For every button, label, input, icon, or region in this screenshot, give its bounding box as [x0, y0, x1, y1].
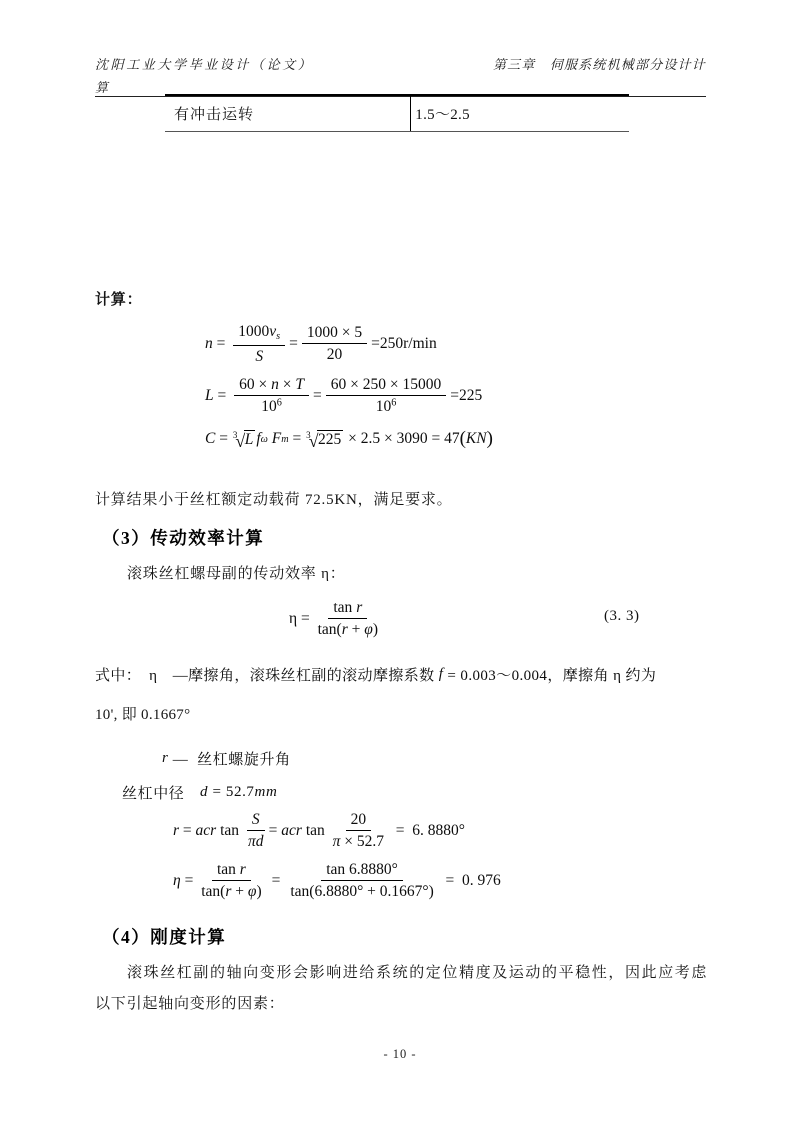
page-number: - 10 -: [0, 1047, 800, 1062]
stiffness-paragraph-line1: 滚珠丝杠副的轴向变形会影响进给系统的定位精度及运动的平稳性，因此应考虑: [127, 961, 708, 982]
header-right: 第三章 伺服系统机械部分设计计: [493, 54, 706, 73]
cube-root: 3√225: [306, 430, 343, 449]
formula-lead-angle: r = acr tan S πd = acr tan 20 π × 52.7 =…: [173, 810, 465, 852]
fraction: 20 π × 52.7: [333, 810, 384, 852]
fraction-denominator: tan(r + φ): [318, 619, 378, 639]
formula-result: = 0. 976: [438, 872, 501, 890]
fraction-numerator: tan r: [328, 598, 367, 619]
formula-lead: r = acr tan: [173, 822, 243, 840]
fraction: 60 × 250 × 15000 106: [326, 375, 446, 417]
equation-number: (3. 3): [604, 608, 640, 625]
table-cell-condition: 有冲击运转: [165, 96, 410, 131]
equals-sign: =: [313, 387, 322, 405]
fraction-denominator: 106: [376, 396, 397, 416]
fraction-numerator: tan r: [212, 860, 251, 881]
formula-lead: C =: [205, 430, 232, 448]
fraction-numerator: 60 × n × T: [234, 375, 309, 396]
header-wrap-char: 算: [95, 77, 111, 96]
lead-angle-definition: r — 丝杠螺旋升角: [162, 748, 291, 769]
radical-icon: √: [235, 432, 245, 450]
section-3-heading: （3）传动效率计算: [102, 525, 264, 550]
equals-sign: =: [272, 872, 281, 890]
formula-life: L = 60 × n × T 106 = 60 × 250 × 15000 10…: [205, 375, 482, 417]
formula-mid: = acr tan: [269, 822, 329, 840]
fraction: 1000 × 5 20: [302, 323, 367, 365]
stiffness-paragraph-line2: 以下引起轴向变形的因素：: [95, 992, 285, 1013]
screw-diameter-line: 丝杠中径 d = 52.7mm: [122, 782, 277, 803]
fraction-denominator: 106: [261, 396, 282, 416]
formula-explanation-line2: 10', 即 0.1667°: [95, 703, 190, 724]
fraction-numerator: 60 × 250 × 15000: [326, 375, 446, 396]
fraction: tan r tan(r + φ): [201, 860, 261, 902]
formula-result: =225: [450, 387, 482, 405]
fraction-denominator: π × 52.7: [333, 831, 384, 851]
formula-efficiency-value: η = tan r tan(r + φ) = tan 6.8880° tan(6…: [173, 860, 501, 902]
fraction-numerator: tan 6.8880°: [321, 860, 403, 881]
fraction: tan r tan(r + φ): [318, 598, 378, 640]
formula-result: × 2.5 × 3090 = 47(KN): [344, 428, 493, 450]
fraction-numerator: S: [247, 810, 265, 831]
formula-lead: L =: [205, 387, 230, 405]
document-page: 沈阳工业大学毕业设计（论文） 第三章 伺服系统机械部分设计计 算 有冲击运转 1…: [0, 0, 800, 1132]
fraction-denominator: 20: [327, 344, 343, 364]
calc-heading: 计算：: [95, 288, 142, 309]
equals-sign: =: [289, 335, 298, 353]
radical-icon: √: [309, 432, 319, 450]
formula-lead: n =: [205, 335, 229, 353]
radicand: L: [244, 430, 256, 449]
formula-explanation-line1: 式中： η —摩擦角，滚珠丝杠副的滚动摩擦系数 f = 0.003～0.004，…: [95, 664, 656, 685]
formula-lead: η =: [289, 610, 314, 628]
formula-rotation-speed: n = 1000vs S = 1000 × 5 20 =250r/min: [205, 322, 437, 366]
cube-root: 3√L: [233, 430, 256, 449]
efficiency-intro-paragraph: 滚珠丝杠螺母副的传动效率 η：: [127, 562, 346, 583]
fraction-numerator: 1000vs: [233, 322, 285, 346]
fraction-numerator: 20: [346, 810, 372, 831]
fraction: 1000vs S: [233, 322, 285, 366]
fraction-numerator: 1000 × 5: [302, 323, 367, 344]
fraction: tan 6.8880° tan(6.8880° + 0.1667°): [290, 860, 433, 902]
fraction: 60 × n × T 106: [234, 375, 309, 417]
load-factor-table: 有冲击运转 1.5～2.5: [165, 94, 629, 132]
formula-lead: η =: [173, 872, 197, 890]
header-left: 沈阳工业大学毕业设计（论文）: [95, 54, 313, 73]
section-4-heading: （4）刚度计算: [102, 924, 226, 949]
efficiency-equation: η = tan r tan(r + φ): [289, 598, 382, 640]
fraction-denominator: S: [255, 346, 263, 366]
fraction-denominator: tan(r + φ): [201, 881, 261, 901]
formula-result: =250r/min: [371, 335, 437, 353]
fraction-denominator: tan(6.8880° + 0.1667°): [290, 881, 433, 901]
formula-result: = 6. 8880°: [388, 822, 465, 840]
formula-dynamic-load: C = 3√L fω Fm = 3√225 × 2.5 × 3090 = 47(…: [205, 428, 493, 450]
fraction: S πd: [247, 810, 265, 852]
radicand: 225: [317, 430, 343, 449]
result-paragraph: 计算结果小于丝杠额定动载荷 72.5KN，满足要求。: [95, 488, 452, 509]
formula-mid: fω Fm =: [256, 430, 305, 448]
fraction-denominator: πd: [248, 831, 264, 851]
table-cell-value: 1.5～2.5: [411, 96, 629, 131]
